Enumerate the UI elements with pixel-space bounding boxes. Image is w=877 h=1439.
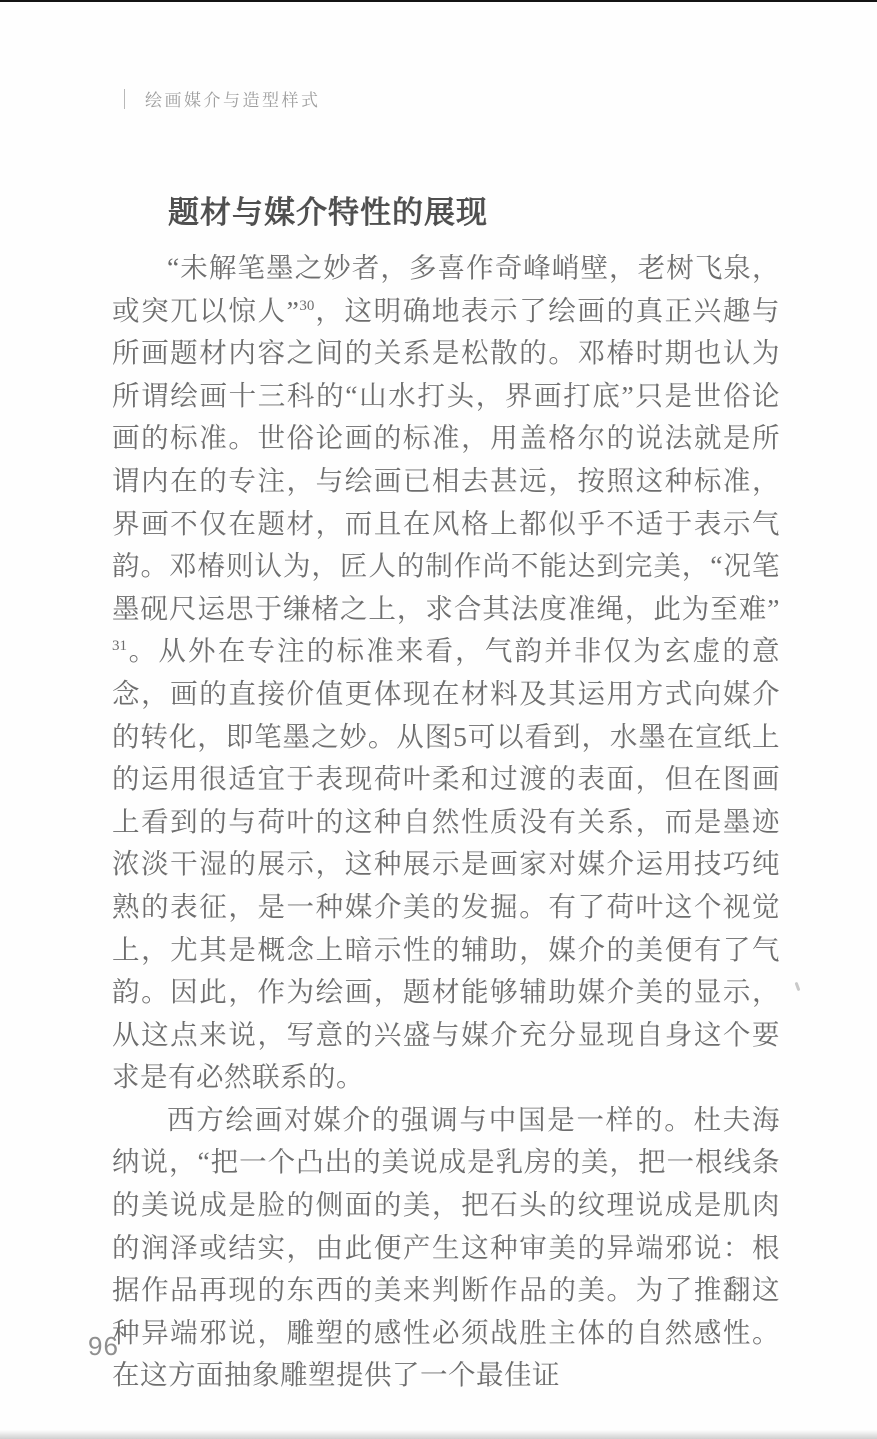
paragraph-1: “未解笔墨之妙者，多喜作奇峰峭壁，老树飞泉，或突兀以惊人”30，这明确地表示了绘… xyxy=(112,247,780,1099)
scan-bottom-shadow xyxy=(0,1430,877,1439)
p1-closing-text: 。从外在专注的标准来看，气韵并非仅为玄虚的意念，画的直接价值更体现在材料及其运用… xyxy=(112,635,780,1092)
scanned-book-page: 绘画媒介与造型样式 题材与媒介特性的展现 “未解笔墨之妙者，多喜作奇峰峭壁，老树… xyxy=(0,0,877,1439)
footnote-ref-31: 31 xyxy=(112,638,127,654)
scan-top-edge xyxy=(0,0,877,2)
header-divider xyxy=(124,89,125,109)
footnote-ref-30: 30 xyxy=(299,297,314,313)
scan-speck xyxy=(795,982,801,991)
page-content: 题材与媒介特性的展现 “未解笔墨之妙者，多喜作奇峰峭壁，老树飞泉，或突兀以惊人”… xyxy=(112,190,780,1397)
page-number: 96 xyxy=(88,1331,119,1362)
running-header-title: 绘画媒介与造型样式 xyxy=(145,86,321,111)
section-title: 题材与媒介特性的展现 xyxy=(112,190,780,236)
running-header: 绘画媒介与造型样式 xyxy=(124,86,321,111)
paragraph-2: 西方绘画对媒介的强调与中国是一样的。杜夫海纳说，“把一个凸出的美说成是乳房的美，… xyxy=(112,1099,780,1397)
p1-middle-text: ，这明确地表示了绘画的真正兴趣与所画题材内容之间的关系是松散的。邓椿时期也认为所… xyxy=(112,295,780,624)
